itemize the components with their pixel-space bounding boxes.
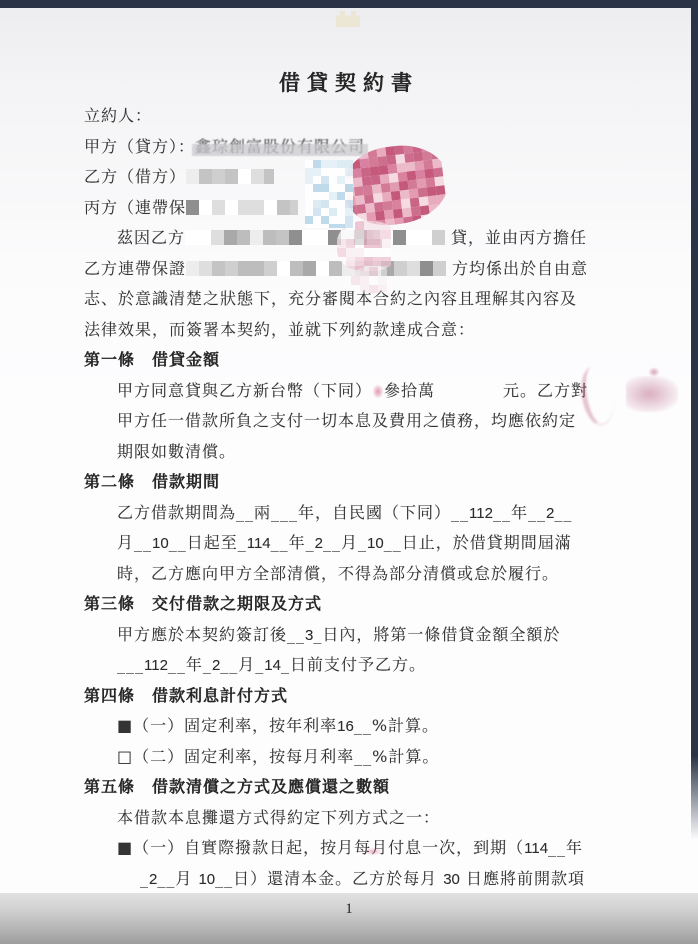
text-segment: 方均係出於自由意 [452, 259, 588, 278]
text-segment: __年_ [168, 655, 212, 674]
contract-line: 第二條 借款期間 [84, 467, 659, 498]
fill-in-number: 10 [198, 871, 215, 888]
text-segment: ___年，自民國（下同）__ [271, 503, 469, 522]
text-segment: ___ [117, 655, 144, 674]
contract-line: 法律效果，而簽署本契約，並就下列約款達成合意： [84, 315, 659, 346]
text-segment: 日應將前開款項 [460, 869, 585, 888]
fill-in-number: 2 [315, 535, 323, 552]
contract-line: 期限如數清償。 [84, 437, 659, 468]
seal-fragment-dot [648, 367, 660, 377]
text-segment: 第四條 借款利息計付方式 [84, 686, 288, 705]
text-segment: __日止，於借貸期間屆滿 [384, 533, 572, 552]
text-segment: __年__ [493, 503, 546, 522]
text-segment: 月__ [117, 533, 152, 552]
contract-line: 第五條 借款清償之方式及應償還之數額 [84, 772, 659, 803]
page-number: 1 [0, 901, 698, 918]
contract-line: 乙方借款期間為__兩___年，自民國（下同）__112__年__2__ [84, 498, 659, 529]
text-segment: 時，乙方應向甲方全部清償，不得為部分清償或怠於履行。 [117, 564, 559, 583]
text-segment: __ [554, 503, 572, 522]
handwritten-amount: 參拾萬 [384, 381, 435, 400]
text-segment: 丙方（連帶保 [84, 198, 186, 217]
redaction-block [185, 230, 451, 245]
blue-signature-blur [305, 160, 359, 228]
text-segment: __日）還清本金。乙方於每月 [215, 869, 443, 888]
text-segment: __月 [157, 869, 198, 888]
contract-line: 甲方同意貸與乙方新台幣（下同）參拾萬 元。乙方對 [84, 376, 659, 407]
contract-line: ___112__年_2__月_14_日前支付予乙方。 [84, 650, 659, 681]
contract-line: □（二）固定利率，按每月利率__%計算。 [84, 742, 659, 773]
text-segment: 甲方同意貸與乙方新台幣（下同） [117, 381, 372, 400]
text-segment: __日起至_ [169, 533, 247, 552]
text-segment: 法律效果，而簽署本契約，並就下列約款達成合意： [84, 320, 475, 339]
text-segment: _ [140, 869, 149, 888]
text-segment: __%計算。 [354, 716, 439, 735]
redaction-block [186, 169, 274, 184]
contract-line: _2__月 10__日）還清本金。乙方於每月 30 日應將前開款項 [84, 864, 659, 895]
text-segment: 乙方連帶保證 [84, 259, 186, 278]
contract-line: ■（一）固定利率，按年利率16__%計算。 [84, 711, 659, 742]
document-page: 借貸契約書 立約人：甲方（貸方）：鑫琮創富股份有限公司乙方（借方）丙方（連帶保茲… [0, 0, 698, 944]
fill-in-number: 112 [469, 505, 493, 522]
text-segment: □（二）固定利率，按每月利率__%計算。 [117, 747, 439, 766]
fill-in-number: 114 [524, 840, 548, 857]
text-segment: ■（一）自實際撥款日起，按月每月付息一次，到期（ [117, 838, 524, 857]
text-segment: 甲方應於本契約簽訂後__ [117, 625, 305, 644]
contract-line: 甲方任一借款所負之支付一切本息及費用之債務，均應依約定 [84, 406, 659, 437]
text-segment: __年 [548, 838, 583, 857]
watermark-icon [336, 11, 360, 27]
contract-line: 本借款本息攤還方式得約定下列方式之一： [84, 803, 659, 834]
redaction-block [186, 261, 452, 276]
fill-in-number: 30 [443, 871, 460, 888]
fill-in-number: 16 [337, 718, 354, 735]
text-segment: 志、於意識清楚之狀態下，充分審閱本合約之內容且理解其內容及 [84, 289, 577, 308]
contract-line: 立約人： [84, 101, 659, 132]
fill-in-number: 112 [144, 657, 168, 674]
handwritten-amount: 兩 [254, 503, 271, 522]
redaction-block [186, 200, 298, 215]
text-segment: __月_ [220, 655, 264, 674]
text-segment: _日內，將第一條借貸金額全額於 [313, 625, 560, 644]
red-seal-stamp-smudge [337, 221, 399, 271]
fill-in-number: 114 [247, 535, 271, 552]
text-segment: 本借款本息攤還方式得約定下列方式之一： [117, 808, 440, 827]
text-segment: 茲因乙方 [117, 228, 185, 247]
viewer-top-bar [0, 0, 698, 8]
fill-in-number: 10 [367, 535, 384, 552]
viewer-edge-strip [691, 0, 698, 840]
red-ink-smudge [364, 848, 382, 855]
text-segment: 甲方任一借款所負之支付一切本息及費用之債務，均應依約定 [117, 411, 576, 430]
contract-line: 甲方應於本契約簽訂後__3_日內，將第一條借貸金額全額於 [84, 620, 659, 651]
text-segment: 甲方（貸方）： [84, 137, 195, 156]
text-segment: 立約人： [84, 106, 152, 125]
text-segment: 元。乙方對 [435, 381, 588, 400]
document-title: 借貸契約書 [0, 67, 698, 97]
contract-line: 時，乙方應向甲方全部清償，不得為部分清償或怠於履行。 [84, 559, 659, 590]
text-segment: 第一條 借貸金額 [84, 350, 220, 369]
text-segment: _日前支付予乙方。 [281, 655, 426, 674]
contract-line: 月__10__日起至_114__年_2__月_10__日止，於借貸期間屆滿 [84, 528, 659, 559]
red-ink-mark [373, 385, 383, 398]
fill-in-number: 10 [152, 535, 169, 552]
text-segment: 第三條 交付借款之期限及方式 [84, 594, 322, 613]
text-segment: 貸，並由丙方擔任 [451, 228, 587, 247]
red-seal-stamp-smudge [351, 267, 395, 293]
contract-line: 第一條 借貸金額 [84, 345, 659, 376]
contract-line: 第三條 交付借款之期限及方式 [84, 589, 659, 620]
redacted-company-name: 鑫琮創富股份有限公司 [195, 137, 365, 156]
text-segment: 第二條 借款期間 [84, 472, 220, 491]
text-segment: ■（一）固定利率，按年利率 [117, 716, 337, 735]
text-segment: __月_ [323, 533, 367, 552]
seal-fragment-blob [626, 376, 678, 412]
text-segment: 乙方（借方） [84, 167, 186, 186]
text-segment: 第五條 借款清償之方式及應償還之數額 [84, 777, 390, 796]
fill-in-number: 14 [264, 657, 281, 674]
text-segment: 期限如數清償。 [117, 442, 236, 461]
text-segment: 乙方借款期間為__ [117, 503, 254, 522]
text-segment: __年_ [271, 533, 315, 552]
contract-line: 第四條 借款利息計付方式 [84, 681, 659, 712]
